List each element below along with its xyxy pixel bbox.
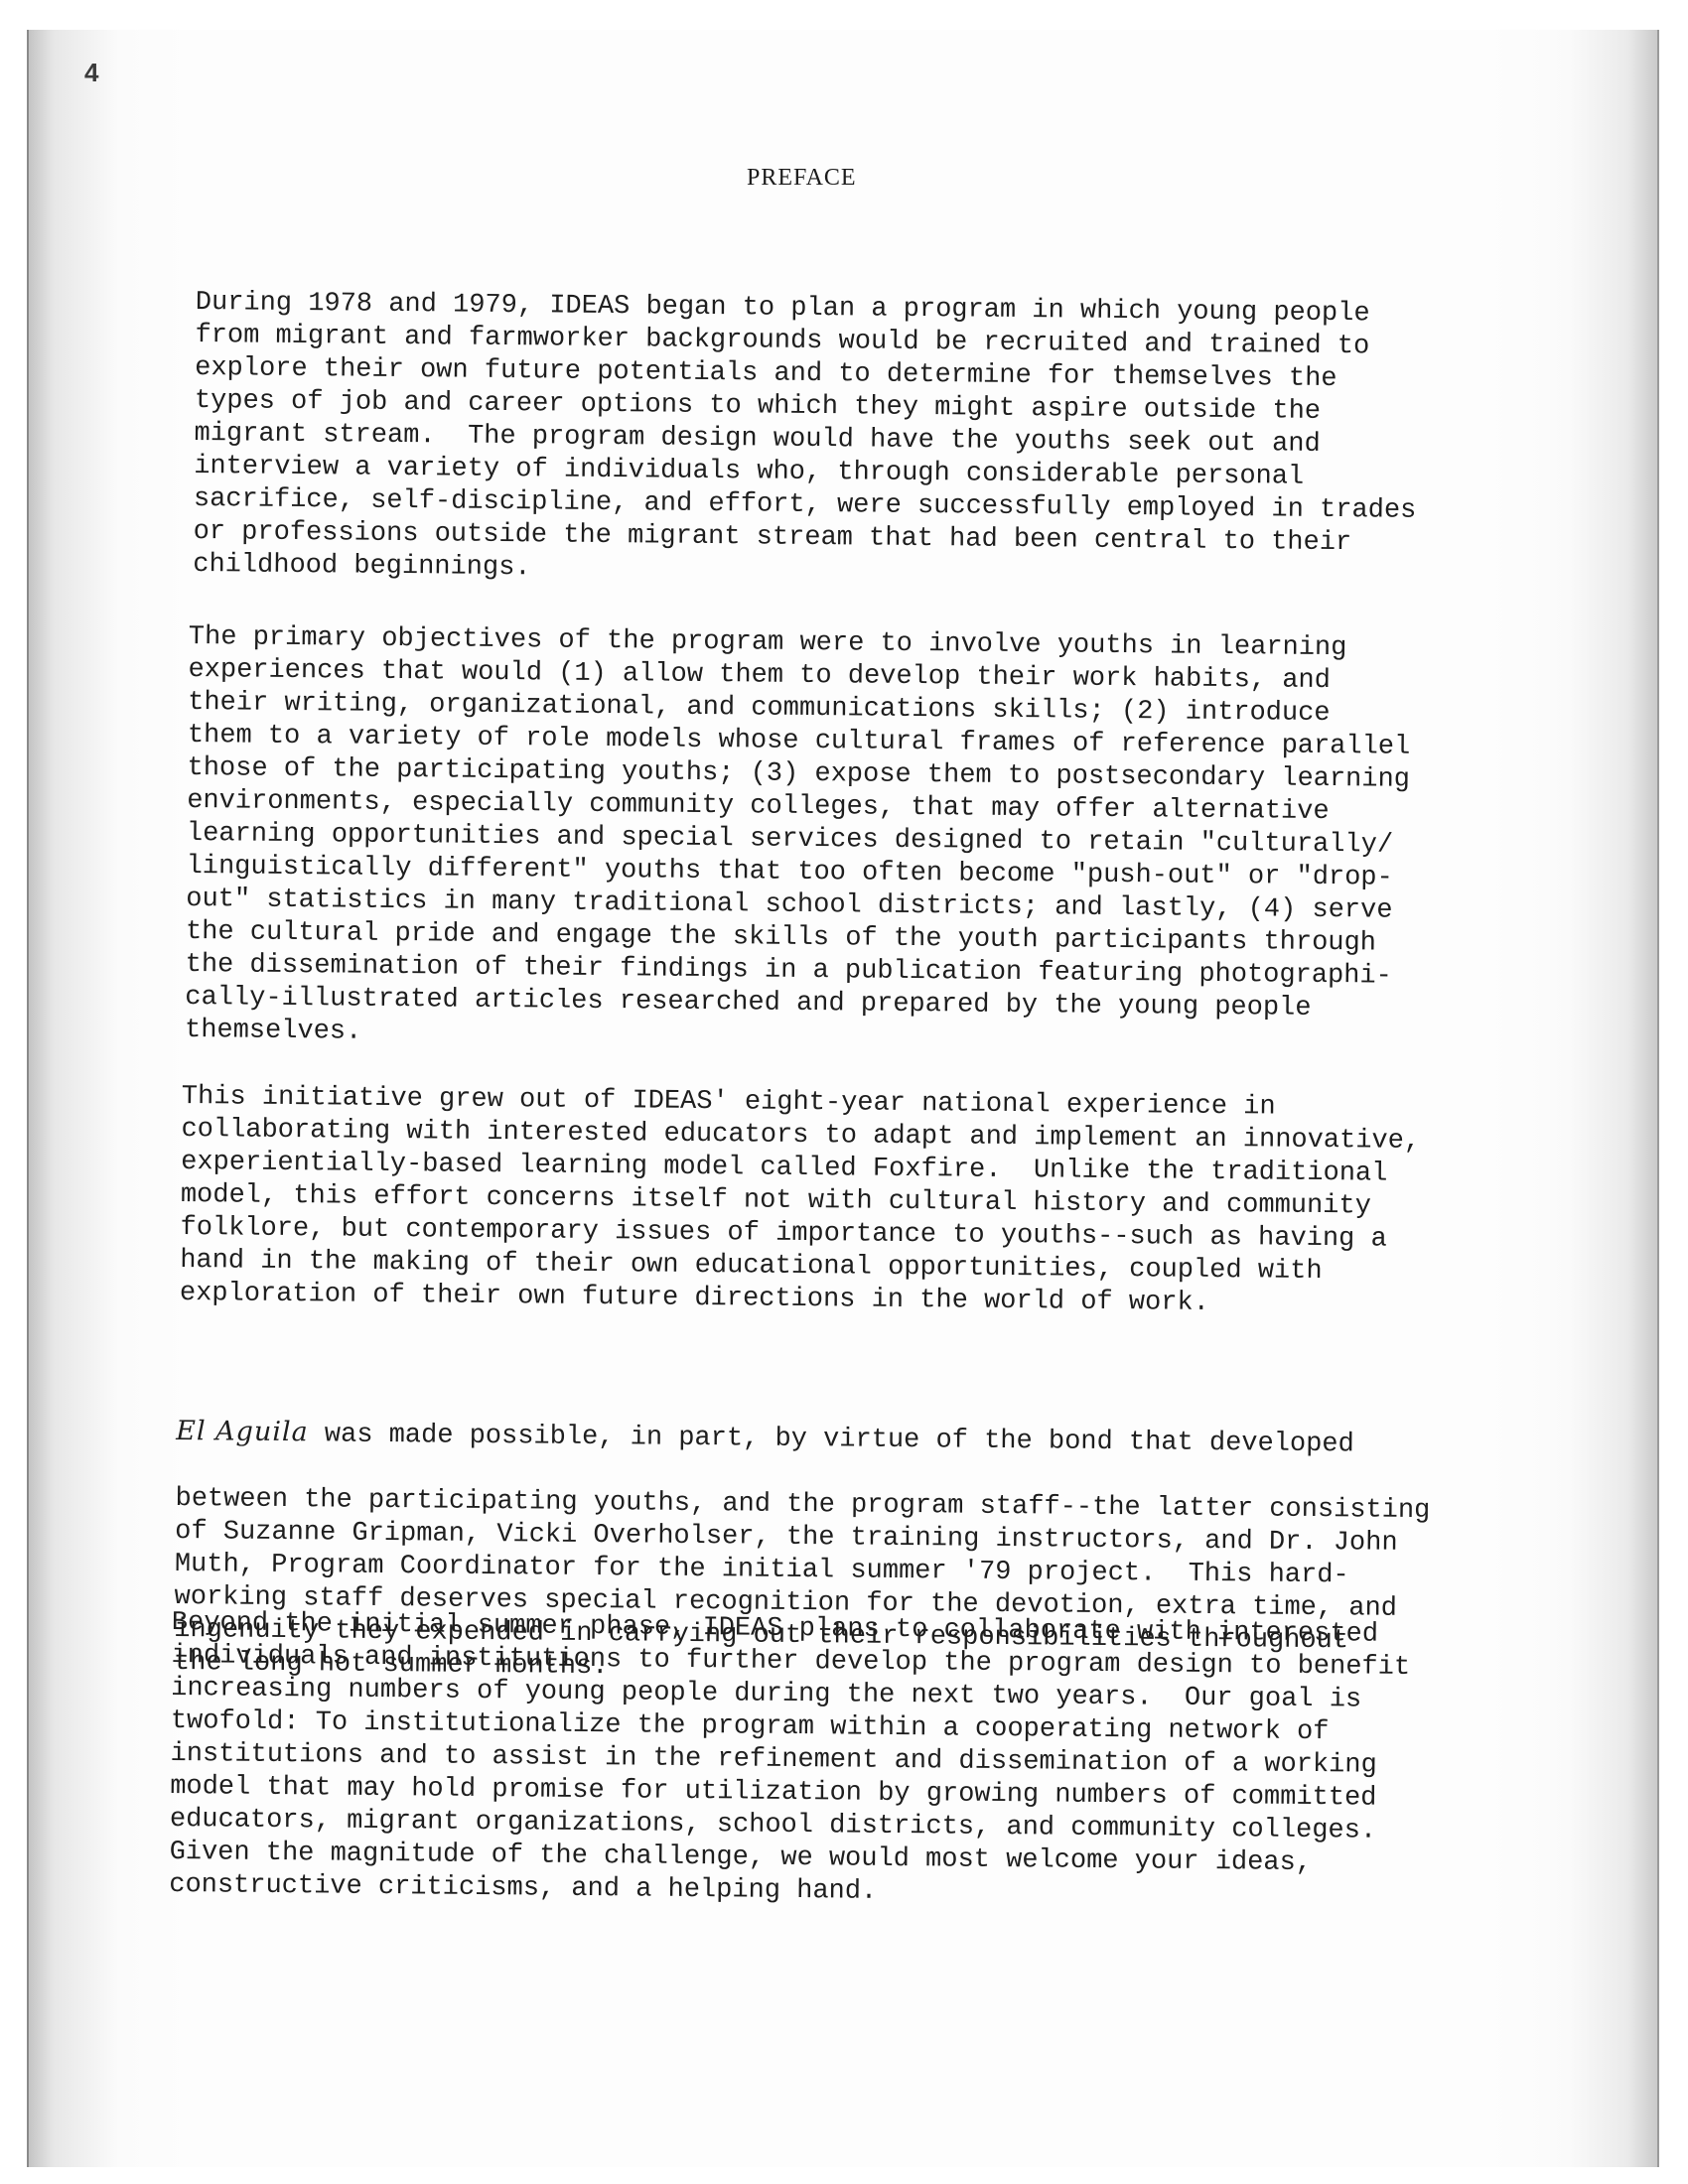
first-line-text: was made possible, in part, by virtue of…	[309, 1420, 1354, 1459]
paragraph-first-line: El Aguila was made possible, in part, by…	[176, 1415, 1431, 1462]
paragraph-initiative-origin: This initiative grew out of IDEAS' eight…	[180, 1081, 1421, 1322]
paragraph-future-plans: Beyond the initial summer phase, IDEAS p…	[169, 1607, 1410, 1914]
publication-title: El Aguila	[176, 1416, 309, 1447]
page-title: PREFACE	[747, 165, 857, 192]
page-number: 4	[84, 58, 98, 88]
paragraph-objectives: The primary objectives of the program we…	[185, 621, 1411, 1059]
paragraph-program-planning: During 1978 and 1979, IDEAS began to pla…	[193, 287, 1418, 594]
